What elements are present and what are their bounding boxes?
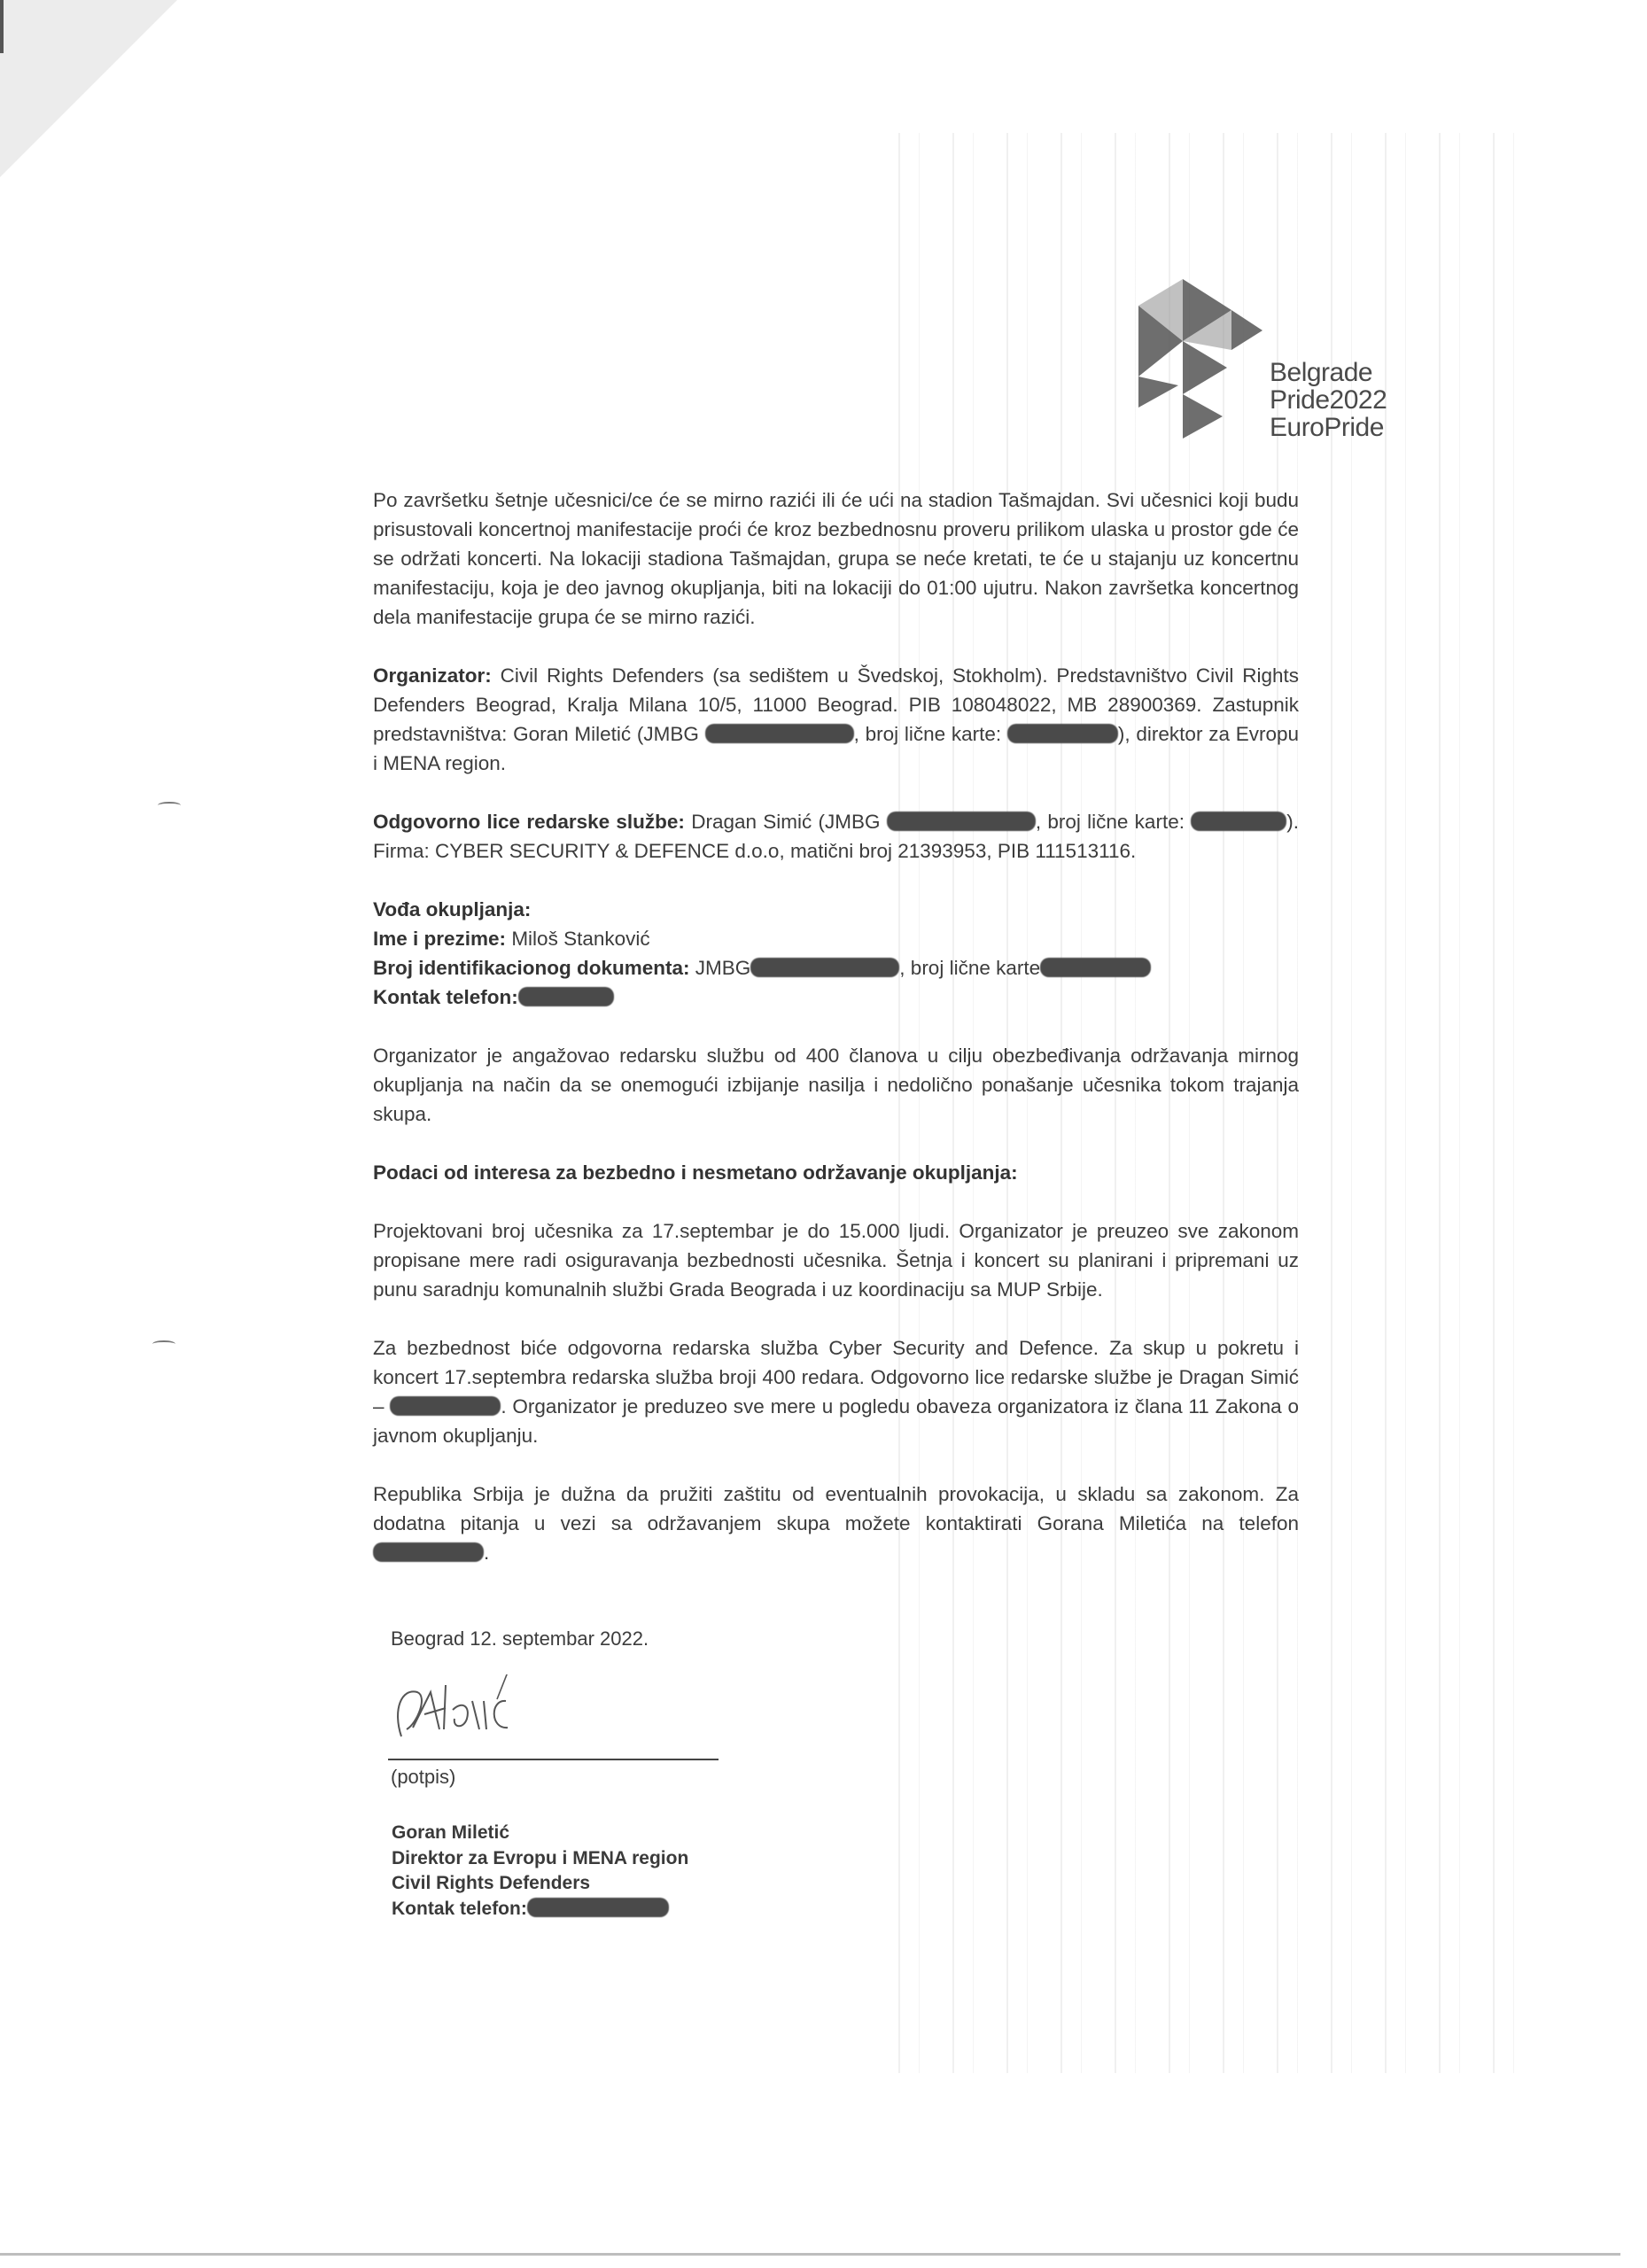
leader-phone-label: Kontak telefon: [373, 986, 518, 1008]
paragraph-security: Za bezbednost biće odgovorna redarska sl… [373, 1333, 1299, 1450]
signature-line [388, 1759, 719, 1760]
signature-scribble-icon [391, 1674, 568, 1754]
paragraph-organizer: Organizator: Civil Rights Defenders (sa … [373, 661, 1299, 778]
redacted-contact [390, 1396, 501, 1416]
leader-name-row: Ime i prezime: Miloš Stanković [373, 924, 1299, 953]
republic-text-1: Republika Srbija je dužna da pružiti zaš… [373, 1483, 1299, 1534]
leader-id-text-1: JMBG [690, 957, 751, 979]
belgrade-pride-logo: Belgrade Pride2022 EuroPride [1138, 261, 1404, 447]
security-lead-text-1: Dragan Simić (JMBG [685, 811, 887, 833]
page-bottom-edge [0, 2253, 1620, 2256]
paragraph-after-walk: Po završetku šetnje učesnici/ce će se mi… [373, 485, 1299, 632]
redacted-id-card [1007, 724, 1118, 743]
safety-heading: Podaci od interesa za bezbedno i nesmeta… [373, 1158, 1299, 1187]
handwritten-signature [391, 1674, 568, 1759]
margin-mark [152, 1340, 175, 1348]
redacted-phone [518, 987, 614, 1006]
security-text-2: . Organizator je preduzeo sve mere u pog… [373, 1395, 1299, 1447]
margin-mark [158, 802, 181, 809]
logo-wordmark: Belgrade Pride2022 EuroPride [1270, 359, 1387, 441]
paragraph-republic: Republika Srbija je dužna da pružiti zaš… [373, 1480, 1299, 1567]
republic-text-2: . [484, 1542, 489, 1564]
logo-line-1: Belgrade [1270, 359, 1387, 386]
redacted-id-card [1191, 812, 1286, 831]
signatory-title: Direktor za Evropu i MENA region [392, 1846, 688, 1872]
leader-heading: Vođa okupljanja: [373, 895, 1299, 924]
scanned-page: Belgrade Pride2022 EuroPride Po završetk… [0, 0, 1647, 2268]
signatory-organization: Civil Rights Defenders [392, 1871, 688, 1897]
leader-name-label: Ime i prezime: [373, 928, 506, 950]
signature-label: (potpis) [391, 1766, 455, 1789]
logo-line-3: EuroPride [1270, 414, 1387, 441]
scanner-edge [0, 0, 4, 53]
signatory-phone-label: Kontak telefon: [392, 1899, 527, 1919]
organizer-label: Organizator: [373, 664, 492, 687]
europride-triangles-icon [1138, 261, 1271, 447]
logo-line-2: Pride2022 [1270, 386, 1387, 414]
leader-id-text-2: , broj lične karte [899, 957, 1040, 979]
leader-id-label: Broj identifikacionog dokumenta: [373, 957, 690, 979]
organizer-text-2: , broj lične karte: [854, 723, 1007, 745]
leader-name-value: Miloš Stanković [506, 928, 650, 950]
paragraph-security-lead: Odgovorno lice redarske službe: Dragan S… [373, 807, 1299, 866]
leader-section: Vođa okupljanja: Ime i prezime: Miloš St… [373, 895, 1299, 1012]
paragraph-stewards: Organizator je angažovao redarsku službu… [373, 1041, 1299, 1129]
scanner-corner-shadow [0, 0, 177, 177]
redacted-id-card [1040, 958, 1151, 977]
security-lead-text-2: , broj lične karte: [1036, 811, 1191, 833]
letter-body: Po završetku šetnje učesnici/ce će se mi… [373, 485, 1299, 1596]
place-date: Beograd 12. septembar 2022. [391, 1626, 649, 1652]
leader-phone-row: Kontak telefon: [373, 983, 1299, 1012]
leader-id-row: Broj identifikacionog dokumenta: JMBG, b… [373, 953, 1299, 983]
redacted-phone [373, 1542, 484, 1562]
redacted-jmbg [750, 958, 899, 977]
redacted-jmbg [705, 724, 854, 743]
redacted-jmbg [887, 812, 1036, 831]
signatory-name: Goran Miletić [392, 1821, 688, 1846]
security-lead-label: Odgovorno lice redarske službe: [373, 811, 685, 833]
paragraph-projected: Projektovani broj učesnika za 17.septemb… [373, 1216, 1299, 1304]
signatory-block: Goran Miletić Direktor za Evropu i MENA … [392, 1821, 688, 1922]
signatory-phone-row: Kontak telefon: [392, 1897, 688, 1922]
redacted-phone [527, 1898, 669, 1917]
